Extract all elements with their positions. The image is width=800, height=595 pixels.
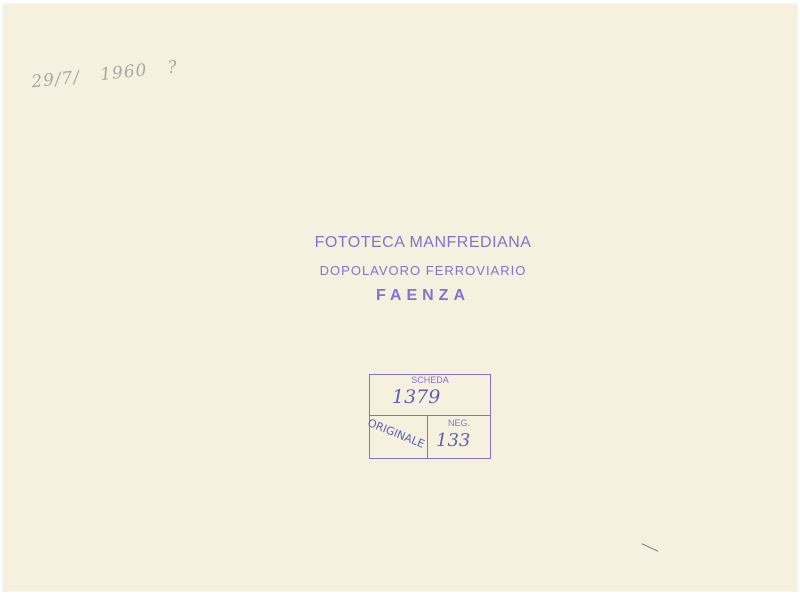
stamp-line-3: FAENZA xyxy=(303,287,543,305)
originale-note: ORIGINALE xyxy=(366,416,427,451)
neg-label: NEG. xyxy=(430,418,488,428)
photo-back-paper: 29/7/ 1960 ? FOTOTECA MANFREDIANA DOPOLA… xyxy=(3,4,797,591)
pencil-date: 29/7/ xyxy=(30,67,81,92)
pencil-year: 1960 xyxy=(99,60,148,85)
box-divider-horizontal xyxy=(370,415,490,416)
pencil-annotation: 29/7/ 1960 ? xyxy=(30,56,192,93)
record-stamp-box: SCHEDA 1379 ORIGINALE NEG. 133 xyxy=(369,374,491,459)
box-divider-vertical xyxy=(427,415,428,458)
stamp-line-1: FOTOTECA MANFREDIANA xyxy=(303,234,543,252)
pencil-mark xyxy=(642,543,659,552)
scheda-value: 1379 xyxy=(392,386,440,408)
scheda-label: SCHEDA xyxy=(370,375,490,385)
neg-value: 133 xyxy=(436,430,470,451)
pencil-query: ? xyxy=(167,57,179,78)
stamp-line-2: DOPOLAVORO FERROVIARIO xyxy=(303,263,543,278)
